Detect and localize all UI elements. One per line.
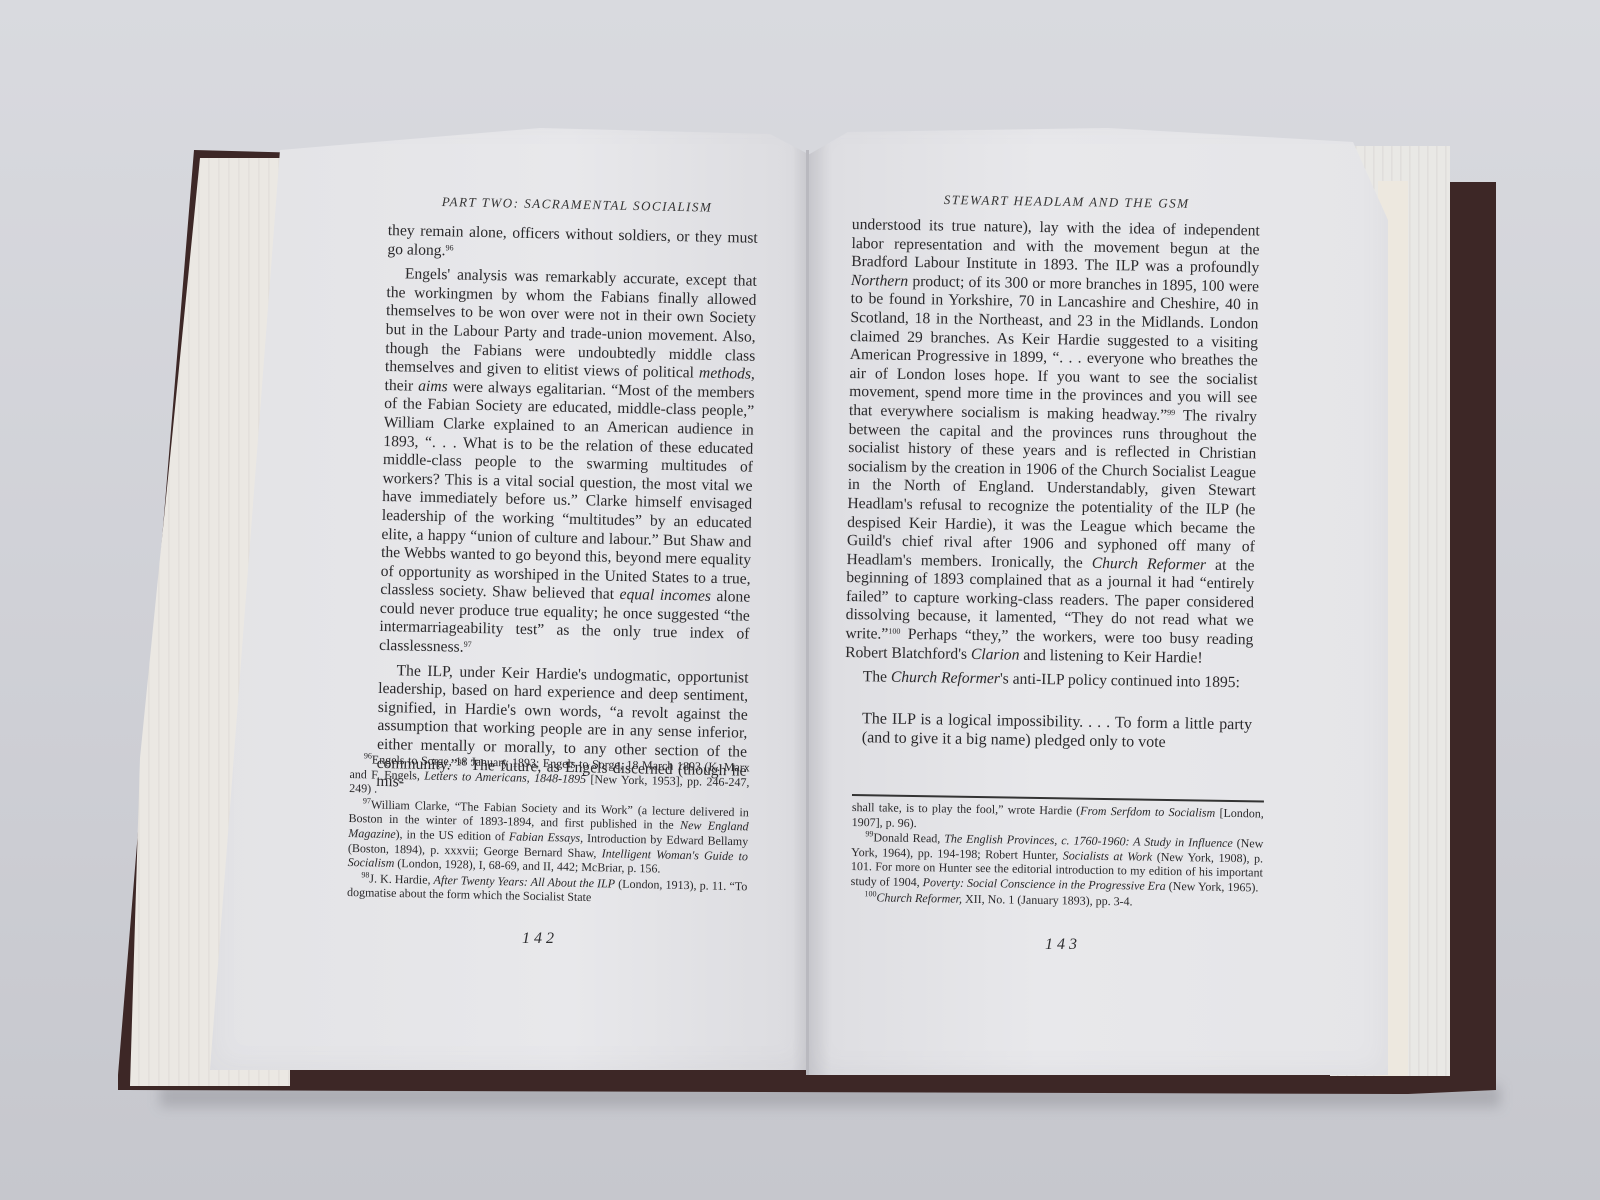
italic-text: Northern — [851, 272, 908, 290]
footnote-number: 100 — [864, 889, 876, 898]
italic-text: From Serfdom to Socialism — [1080, 804, 1215, 820]
paragraph: understood its true nature), lay with th… — [845, 216, 1260, 669]
footnote: 99Donald Read, The English Provinces, c.… — [851, 830, 1264, 895]
book-gutter — [806, 150, 809, 1075]
footnote: 97William Clarke, “The Fabian Society an… — [348, 797, 749, 878]
paragraph-text: and listening to Keir Hardie! — [1019, 646, 1202, 666]
paragraph: they remain alone, officers without sold… — [387, 222, 758, 267]
footnote-number: 97 — [363, 796, 371, 805]
footnote-number: 99 — [865, 829, 873, 838]
footnote-text: Donald Read, — [873, 831, 944, 846]
footnote-number: 96 — [364, 751, 372, 760]
footnote: 96Engels to Sorge, 18 January 1893; Enge… — [349, 752, 750, 804]
page-number-left: 142 — [522, 930, 558, 948]
paragraph-text: 's anti-ILP policy continued into 1895: — [1000, 671, 1240, 692]
right-footnotes: shall take, is to play the fool,” wrote … — [850, 800, 1264, 912]
paragraph-text: understood its true nature), lay with th… — [851, 216, 1260, 277]
italic-text: Socialists at Work — [1063, 848, 1153, 863]
italic-text: Fabian Essays, — [509, 829, 584, 845]
paragraph: Engels' analysis was remarkably accurate… — [379, 265, 757, 663]
footnote-ref: 97 — [464, 640, 472, 649]
footnote-ref: 96 — [445, 243, 453, 252]
paragraph-text: The — [863, 668, 891, 685]
block-quote: The ILP is a logical impossibility. . . … — [862, 709, 1253, 754]
footnote-ref: 100 — [888, 627, 900, 636]
italic-text: aims — [418, 377, 448, 395]
italic-text: Clarion — [971, 646, 1020, 664]
paragraph-text: their — [384, 377, 418, 395]
left-footnotes: 96Engels to Sorge, 18 January 1893; Enge… — [347, 752, 750, 909]
italic-text: Letters to Americans, 1848-1895 — [424, 768, 586, 785]
italic-text: Poverty: Social Conscience in the Progre… — [923, 875, 1166, 893]
italic-text: Church Reformer, — [876, 890, 962, 905]
italic-text: Church Reformer — [1092, 554, 1206, 573]
paragraph-text: were always egalitarian. “Most of the me… — [380, 378, 755, 603]
italic-text: equal incomes — [619, 586, 711, 605]
paragraph-text: product; of its 300 or more branches in … — [849, 273, 1259, 424]
italic-text: methods, — [699, 365, 755, 383]
paragraph: The Church Reformer's anti-ILP policy co… — [845, 668, 1253, 693]
left-body-text: they remain alone, officers without sold… — [376, 222, 758, 799]
footnote-text: ), in the US edition of — [395, 827, 509, 843]
photo-scene: Part Two: Sacramental Socialism they rem… — [0, 0, 1600, 1200]
page-number-right: 143 — [1045, 936, 1081, 954]
italic-text: Church Reformer — [891, 669, 1000, 688]
paragraph-text: The rivalry between the capital and the … — [846, 407, 1257, 571]
right-body-text: understood its true nature), lay with th… — [844, 216, 1260, 754]
footnote-text: XII, No. 1 (January 1893), pp. 3-4. — [962, 891, 1133, 908]
footnote-text: (New York, 1965). — [1166, 879, 1259, 894]
footnote-number: 98 — [361, 870, 369, 879]
footnote-text: J. K. Hardie, — [369, 871, 434, 886]
